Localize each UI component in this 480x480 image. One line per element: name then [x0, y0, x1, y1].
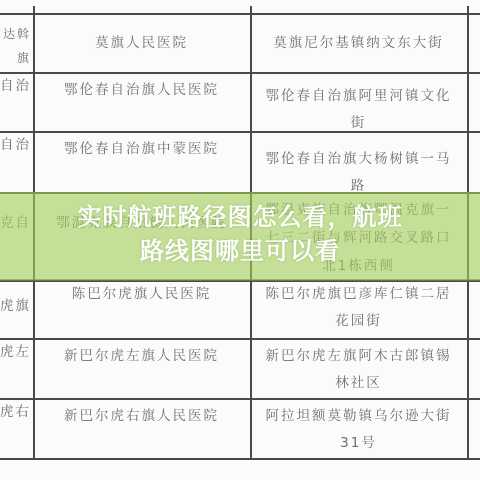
address-cell: 阿拉坦额莫勒镇乌尔逊大街31号: [250, 399, 467, 459]
table-row: 虎右 新巴尔虎右旗人民医院 阿拉坦额莫勒镇乌尔逊大街31号: [0, 399, 467, 459]
address-cell: 陈巴尔虎旗巴彦库仁镇二居花园街: [250, 281, 467, 339]
hospital-cell: 鄂伦春自治旗人民医院: [33, 73, 250, 132]
table-row: 自治 鄂伦春自治旗人民医院 鄂伦春自治旗阿里河镇文化街: [0, 73, 467, 132]
article-title: 实时航班路径图怎么看，航班 路线图哪里可以看: [20, 200, 460, 268]
region-cell: 虎左: [0, 339, 33, 399]
article-title-line-1: 实时航班路径图怎么看，航班: [20, 200, 460, 234]
hospital-cell: 新巴尔虎右旗人民医院: [33, 399, 250, 459]
table-row: 自治 鄂伦春自治旗中蒙医院 鄂伦春自治旗大杨树镇一马路: [0, 132, 467, 192]
region-cell: 自治: [0, 73, 33, 132]
address-cell: 莫旗尼尔基镇纳文东大街: [250, 14, 467, 72]
hospital-cell: 莫旗人民医院: [33, 14, 250, 72]
hospital-cell: 鄂伦春自治旗中蒙医院: [33, 132, 250, 192]
band-border-top: [0, 192, 480, 194]
table-row: 虎旗 陈巴尔虎旗人民医院 陈巴尔虎旗巴彦库仁镇二居花园街: [0, 281, 467, 339]
band-border-bottom: [0, 279, 480, 281]
hospital-cell: 新巴尔虎左旗人民医院: [33, 339, 250, 399]
address-cell: 鄂伦春自治旗阿里河镇文化街: [250, 73, 467, 132]
article-title-line-2: 路线图哪里可以看: [20, 234, 460, 268]
region-cell: 虎右: [0, 399, 33, 459]
region-cell: 虎旗: [0, 281, 33, 339]
region-cell: 自治: [0, 132, 33, 192]
hospital-cell: 陈巴尔虎旗人民医院: [33, 281, 250, 339]
address-cell: 鄂伦春自治旗大杨树镇一马路: [250, 132, 467, 192]
article-cover: 达斡 旗 莫旗人民医院 莫旗尼尔基镇纳文东大街 自治 鄂伦春自治旗人民医院 鄂伦…: [0, 0, 480, 480]
table-row: 虎左 新巴尔虎左旗人民医院 新巴尔虎左旗阿木古郎镇锡林社区: [0, 339, 467, 399]
region-cell: 达斡 旗: [0, 14, 33, 72]
address-cell: 新巴尔虎左旗阿木古郎镇锡林社区: [250, 339, 467, 399]
table-row: 达斡 旗 莫旗人民医院 莫旗尼尔基镇纳文东大街: [0, 14, 467, 72]
